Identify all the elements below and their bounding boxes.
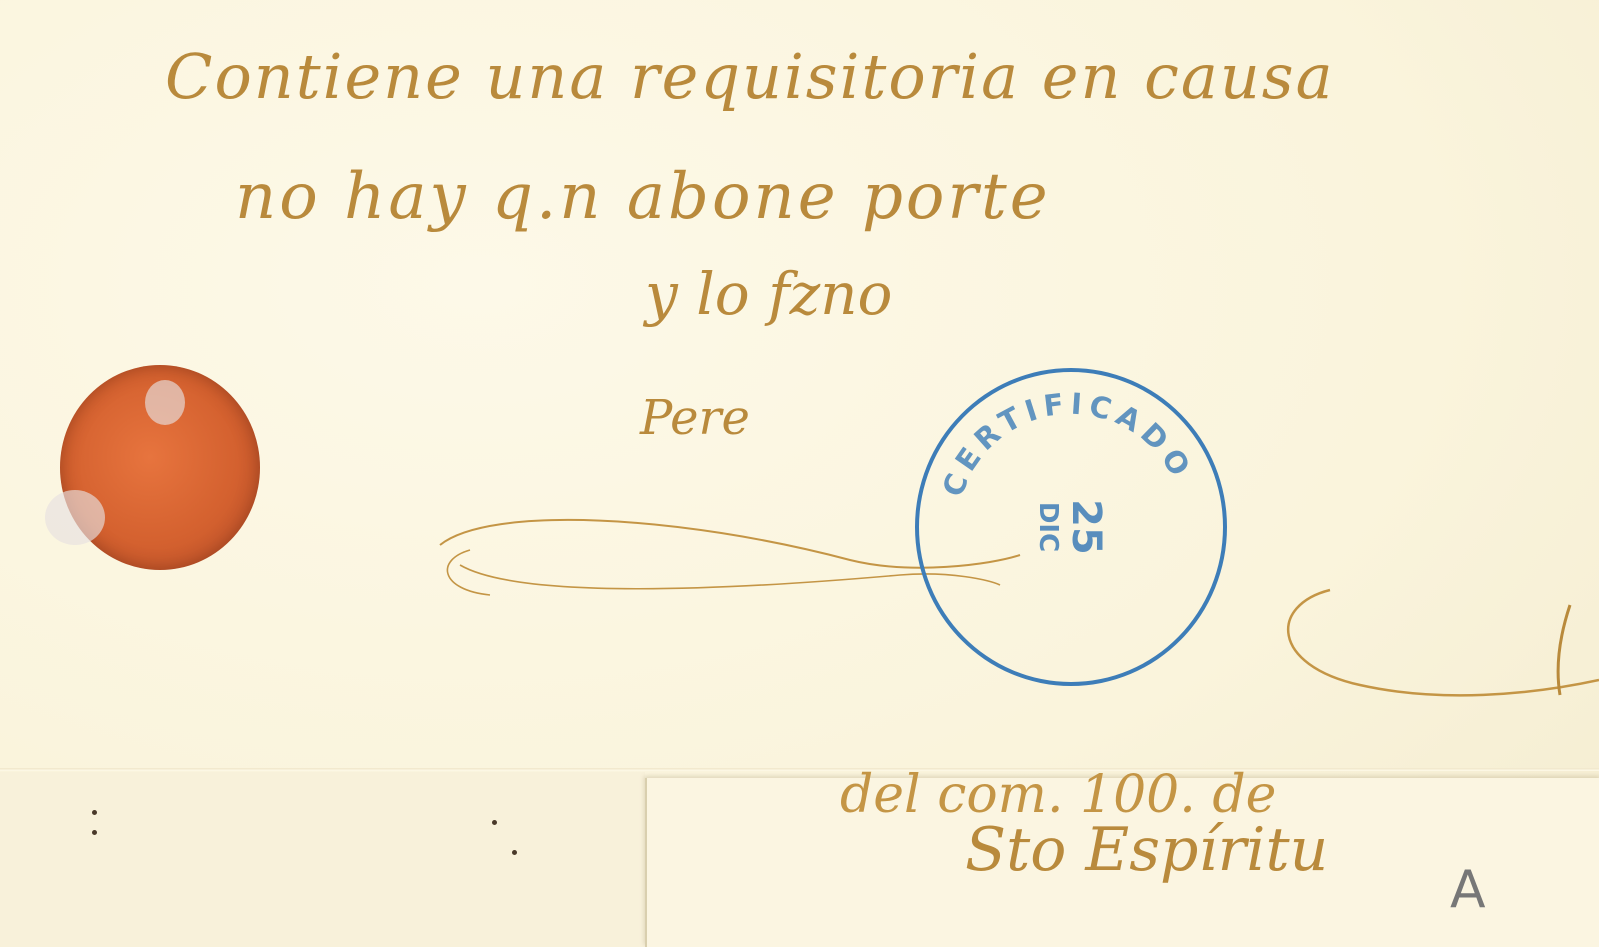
handwriting-signature: Pere	[640, 390, 750, 446]
svg-text:CERTIFICADO: CERTIFICADO	[936, 386, 1200, 501]
handwriting-line-1: Contiene una requisitoria en causa	[165, 40, 1335, 113]
seal-worn-spot	[145, 380, 185, 425]
fold-line	[0, 768, 1599, 771]
pinhole	[492, 820, 497, 825]
postmark-month: DIC	[1033, 499, 1063, 555]
letter-cover: Contiene una requisitoria en causa no ha…	[0, 0, 1599, 947]
postmark-day: 25	[1063, 499, 1109, 555]
seal-worn-spot	[45, 490, 105, 545]
pinhole	[92, 830, 97, 835]
postmark-stamp: CERTIFICADO 25 DIC	[915, 368, 1227, 686]
pencil-letter-mark: A	[1450, 860, 1486, 920]
handwriting-line-3: y lo fzno	[645, 260, 892, 328]
wax-seal	[60, 365, 260, 570]
handwriting-address: Sto Espíritu	[965, 815, 1328, 885]
pinhole	[512, 850, 517, 855]
handwriting-line-2: no hay q.n abone porte	[235, 160, 1051, 234]
postmark-date: 25 DIC	[1033, 499, 1109, 555]
pinhole	[92, 810, 97, 815]
flourish-right-icon	[1270, 585, 1599, 715]
lower-left-panel	[0, 772, 645, 947]
